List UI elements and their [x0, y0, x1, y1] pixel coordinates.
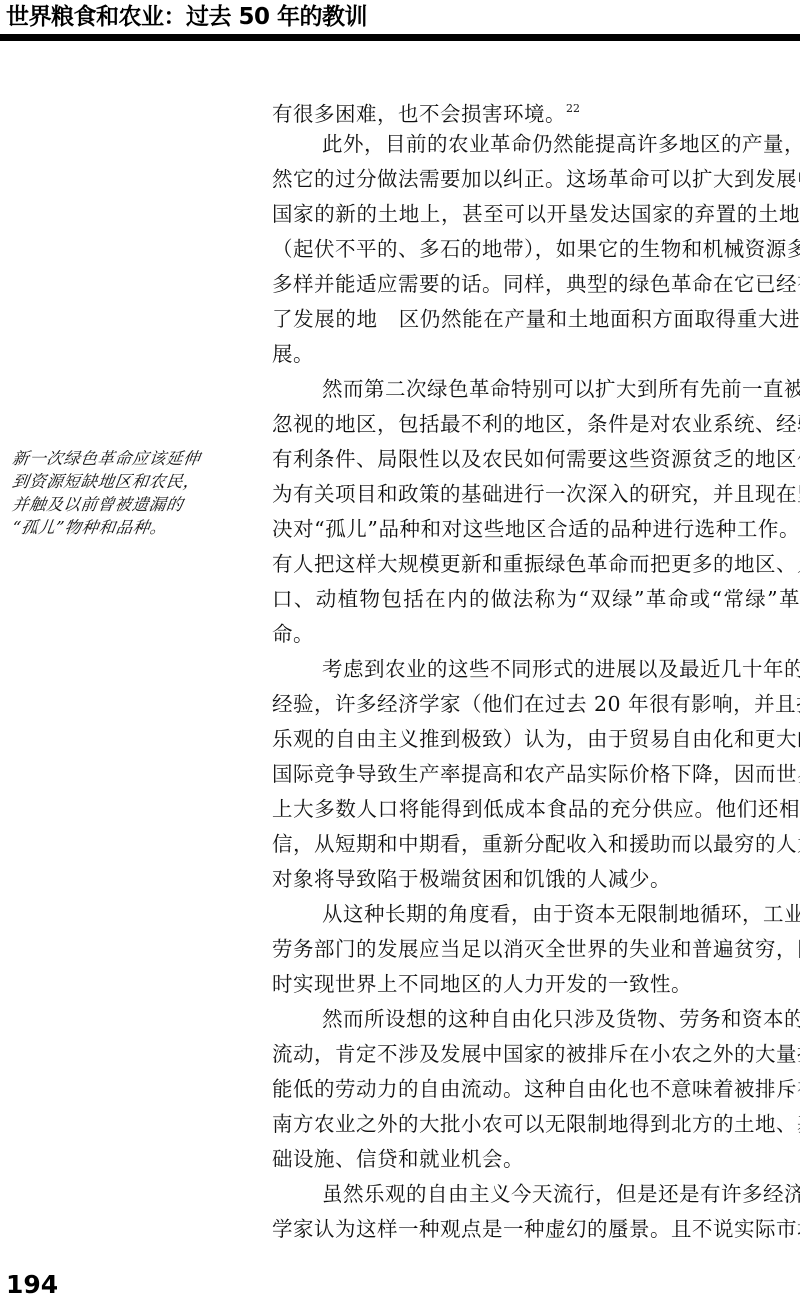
- body-line: 国家的新的土地上，甚至可以开垦发达国家的弃置的土地: [272, 203, 800, 238]
- body-line-text: 此外，目前的农业革命仍然能提高许多地区的产量，虽: [322, 132, 800, 156]
- body-line: 有很多困难，也不会损害环境。22: [272, 98, 800, 133]
- margin-note: 新一次绿色革命应该延伸 到资源短缺地区和农民， 并触及以前曾被遗漏的 “孤儿”物…: [12, 449, 222, 541]
- body-line: 劳务部门的发展应当足以消灭全世界的失业和普遍贫穷，同: [272, 938, 800, 973]
- body-line: 础设施、信贷和就业机会。: [272, 1148, 800, 1183]
- body-line-text: 能低的劳动力的自由流动。这种自由化也不意味着被排斥在: [272, 1077, 800, 1101]
- body-line-text: 然而第二次绿色革命特别可以扩大到所有先前一直被: [322, 377, 800, 401]
- body-line: 忽视的地区，包括最不利的地区，条件是对农业系统、经验、: [272, 413, 800, 448]
- body-line: 上大多数人口将能得到低成本食品的充分供应。他们还相: [272, 798, 800, 833]
- body-line-text: 了发展的地 区仍然能在产量和土地面积方面取得重大进: [272, 307, 800, 331]
- body-line: 多样并能适应需要的话。同样，典型的绿色革命在它已经有: [272, 273, 800, 308]
- body-line-text: 经验，许多经济学家（他们在过去 20 年很有影响，并且把: [272, 692, 800, 716]
- body-line: 虽然乐观的自由主义今天流行，但是还是有许多经济: [272, 1183, 800, 1218]
- body-line-text: 忽视的地区，包括最不利的地区，条件是对农业系统、经验、: [272, 412, 800, 436]
- body-line: 信，从短期和中期看，重新分配收入和援助而以最穷的人为: [272, 833, 800, 868]
- body-line: 然它的过分做法需要加以纠正。这场革命可以扩大到发展中: [272, 168, 800, 203]
- margin-note-line: 新一次绿色革命应该延伸: [10, 449, 223, 472]
- body-line: 了发展的地 区仍然能在产量和土地面积方面取得重大进: [272, 308, 800, 343]
- body-line: 南方农业之外的大批小农可以无限制地得到北方的土地、基: [272, 1113, 800, 1148]
- margin-note-line: 到资源短缺地区和农民，: [10, 472, 223, 495]
- body-line-text: 南方农业之外的大批小农可以无限制地得到北方的土地、基: [272, 1112, 800, 1136]
- body-line-text: 展。: [272, 342, 314, 366]
- body-line: （起伏不平的、多石的地带），如果它的生物和机械资源多种: [272, 238, 800, 273]
- running-head-title: 世界粮食和农业：过去 50 年的教训: [6, 2, 367, 32]
- body-line: 学家认为这样一种观点是一种虚幻的蜃景。且不说实际市场: [272, 1218, 800, 1253]
- body-line-text: 有很多困难，也不会损害环境。: [272, 102, 566, 126]
- body-line-text: 有利条件、局限性以及农民如何需要这些资源贫乏的地区作: [272, 447, 800, 471]
- body-line: 为有关项目和政策的基础进行一次深入的研究，并且现在坚: [272, 483, 800, 518]
- body-line-text: 乐观的自由主义推到极致）认为，由于贸易自由化和更大的: [272, 727, 800, 751]
- body-line: 命。: [272, 623, 800, 658]
- footnote-ref[interactable]: 22: [566, 102, 580, 115]
- body-line-text: 考虑到农业的这些不同形式的进展以及最近几十年的: [322, 657, 800, 681]
- body-line-text: 流动，肯定不涉及发展中国家的被排斥在小农之外的大量技: [272, 1042, 800, 1066]
- body-line-text: 时实现世界上不同地区的人力开发的一致性。: [272, 972, 692, 996]
- body-line: 经验，许多经济学家（他们在过去 20 年很有影响，并且把: [272, 693, 800, 728]
- page-number: 194: [6, 1272, 58, 1298]
- body-line-text: 上大多数人口将能得到低成本食品的充分供应。他们还相: [272, 797, 800, 821]
- body-line-text: 国际竞争导致生产率提高和农产品实际价格下降，因而世界: [272, 762, 800, 786]
- body-line-text: 础设施、信贷和就业机会。: [272, 1147, 524, 1171]
- body-line: 展。: [272, 343, 800, 378]
- body-line-text: 国家的新的土地上，甚至可以开垦发达国家的弃置的土地: [272, 202, 800, 226]
- body-line: 决对“孤儿”品种和对这些地区合适的品种进行选种工作。: [272, 518, 800, 553]
- body-line: 此外，目前的农业革命仍然能提高许多地区的产量，虽: [272, 133, 800, 168]
- body-line-text: 多样并能适应需要的话。同样，典型的绿色革命在它已经有: [272, 272, 800, 296]
- body-line-text: 命。: [272, 622, 314, 646]
- body-line: 乐观的自由主义推到极致）认为，由于贸易自由化和更大的: [272, 728, 800, 763]
- body-line: 国际竞争导致生产率提高和农产品实际价格下降，因而世界: [272, 763, 800, 798]
- body-line: 然而所设想的这种自由化只涉及货物、劳务和资本的: [272, 1008, 800, 1043]
- body-line: 有利条件、局限性以及农民如何需要这些资源贫乏的地区作: [272, 448, 800, 483]
- body-text: 有很多困难，也不会损害环境。22此外，目前的农业革命仍然能提高许多地区的产量，虽…: [272, 98, 800, 1253]
- body-line: 然而第二次绿色革命特别可以扩大到所有先前一直被: [272, 378, 800, 413]
- body-line-text: 信，从短期和中期看，重新分配收入和援助而以最穷的人为: [272, 832, 800, 856]
- header-rule: [0, 34, 800, 41]
- body-line: 流动，肯定不涉及发展中国家的被排斥在小农之外的大量技: [272, 1043, 800, 1078]
- body-line-text: 对象将导致陷于极端贫困和饥饿的人减少。: [272, 867, 671, 891]
- body-line: 从这种长期的角度看，由于资本无限制地循环，工业和: [272, 903, 800, 938]
- body-line-text: 为有关项目和政策的基础进行一次深入的研究，并且现在坚: [272, 482, 800, 506]
- body-line-text: 从这种长期的角度看，由于资本无限制地循环，工业和: [322, 902, 800, 926]
- body-line: 考虑到农业的这些不同形式的进展以及最近几十年的: [272, 658, 800, 693]
- body-line: 能低的劳动力的自由流动。这种自由化也不意味着被排斥在: [272, 1078, 800, 1113]
- body-line: 有人把这样大规模更新和重振绿色革命而把更多的地区、人: [272, 553, 800, 588]
- body-line: 时实现世界上不同地区的人力开发的一致性。: [272, 973, 800, 1008]
- body-line-text: 口、动植物包括在内的做法称为“双绿”革命或“常绿”革: [272, 587, 800, 611]
- body-line-text: （起伏不平的、多石的地带），如果它的生物和机械资源多种: [272, 237, 800, 261]
- body-line: 口、动植物包括在内的做法称为“双绿”革命或“常绿”革: [272, 588, 800, 623]
- body-line-text: 然而所设想的这种自由化只涉及货物、劳务和资本的: [322, 1007, 800, 1031]
- body-line-text: 虽然乐观的自由主义今天流行，但是还是有许多经济: [322, 1182, 800, 1206]
- body-line-text: 决对“孤儿”品种和对这些地区合适的品种进行选种工作。: [272, 517, 800, 541]
- margin-note-line: 并触及以前曾被遗漏的: [10, 495, 223, 518]
- body-line-text: 然它的过分做法需要加以纠正。这场革命可以扩大到发展中: [272, 167, 800, 191]
- body-line: 对象将导致陷于极端贫困和饥饿的人减少。: [272, 868, 800, 903]
- margin-note-line: “孤儿”物种和品种。: [10, 518, 223, 541]
- body-line-text: 有人把这样大规模更新和重振绿色革命而把更多的地区、人: [272, 552, 800, 576]
- body-line-text: 劳务部门的发展应当足以消灭全世界的失业和普遍贫穷，同: [272, 937, 800, 961]
- body-line-text: 学家认为这样一种观点是一种虚幻的蜃景。且不说实际市场: [272, 1217, 800, 1241]
